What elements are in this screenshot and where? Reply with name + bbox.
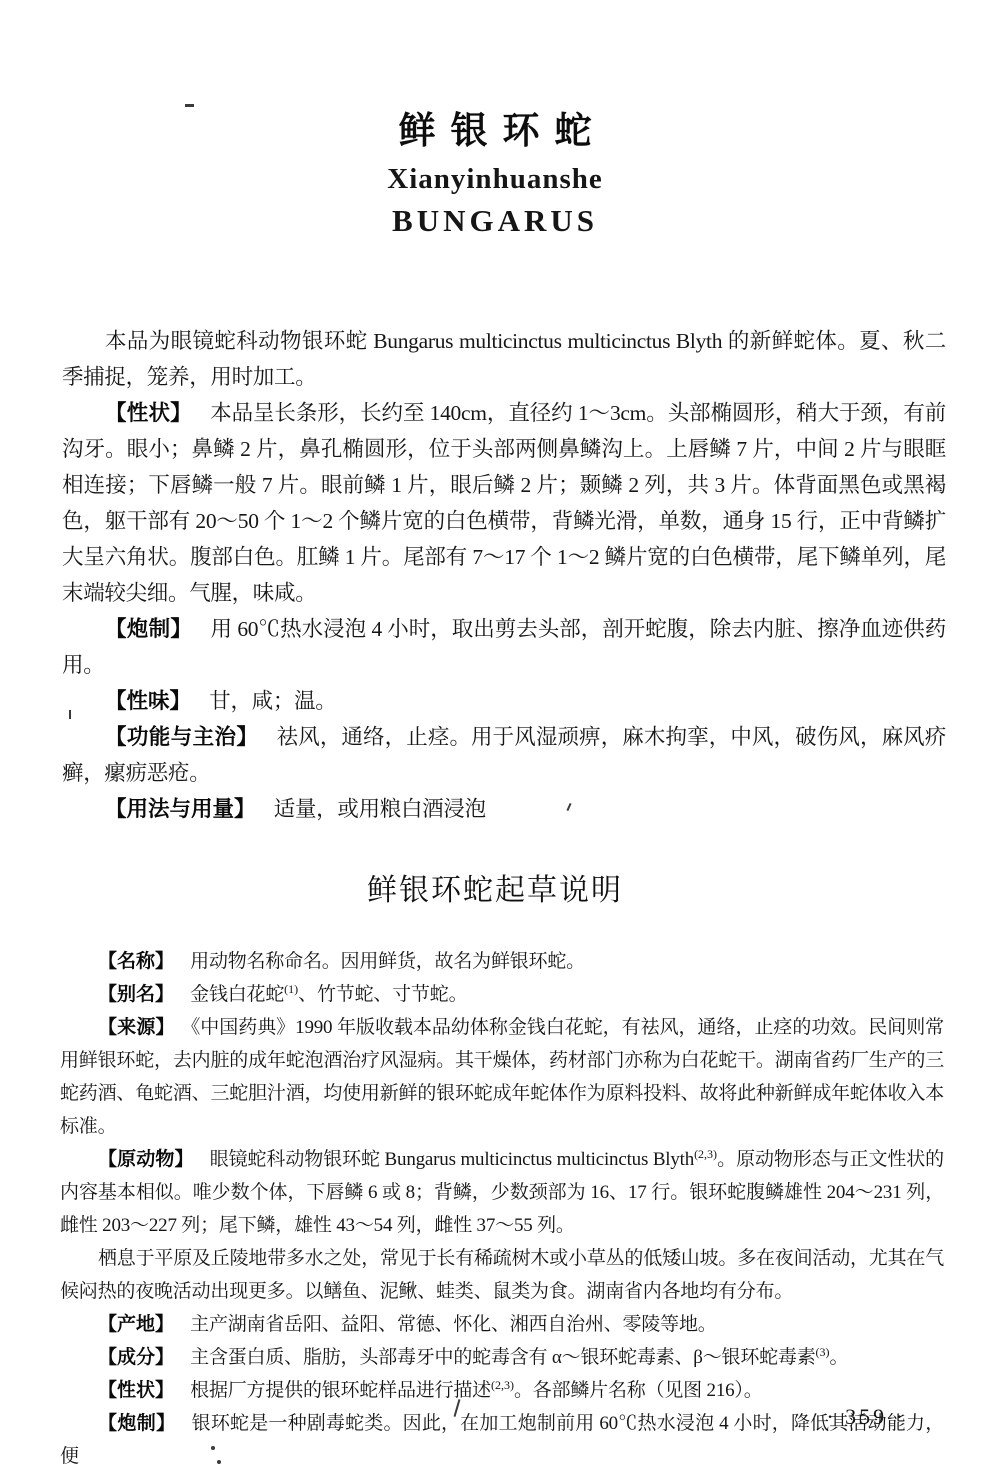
section-label-bieming: 【别名】 [98,984,174,1005]
page-number: · 359 · [826,1404,906,1430]
title-pinyin: Xianyinhuanshe [0,163,990,196]
paragraph-components: 【成分】主含蛋白质、脂肪，头部毒牙中的蛇毒含有 α～银环蛇毒素、β～银环蛇毒素(… [60,1341,944,1374]
paragraph-description: 【性状】本品呈长条形，长约至 140cm，直径约 1～3cm。头部椭圆形，稍大于… [62,395,946,611]
section-label-yongfa: 【用法与用量】 [105,797,256,821]
paragraph-taste: 【性味】甘，咸；温。 [62,683,946,719]
footnote-ref: (2,3) [694,1147,717,1161]
section-text-mingcheng: 用动物名称命名。因用鲜货，故名为鲜银环蛇。 [190,951,585,972]
draft-notes-heading: 鲜银环蛇起草说明 [0,865,990,909]
paragraph-name: 【名称】用动物名称命名。因用鲜货，故名为鲜银环蛇。 [60,945,944,978]
section-label-laiyuan: 【来源】 [98,1017,175,1038]
scan-artifact [69,710,71,719]
paragraph-original-animal: 【原动物】眼镜蛇科动物银环蛇 Bungarus multicinctus mul… [60,1143,944,1242]
section-label-gongneng: 【功能与主治】 [105,725,258,749]
section-label-xingwei: 【性味】 [105,689,191,713]
section-label-paozhi: 【炮制】 [105,617,192,641]
intro-paragraph: 本品为眼镜蛇科动物银环蛇 Bungarus multicinctus multi… [62,323,946,395]
section-label-xingzhuang2: 【性状】 [98,1380,174,1401]
scan-artifact [211,1446,215,1450]
document-page: 鲜银环蛇 Xianyinhuanshe BUNGARUS 本品为眼镜蛇科动物银环… [0,0,990,1482]
paragraph-dosage: 【用法与用量】适量，或用粮白酒浸泡 [62,791,946,827]
section-label-chengfen: 【成分】 [98,1347,174,1368]
section-text-laiyuan: 《中国药典》1990 年版收载本品幼体称金钱白花蛇，有祛风，通络，止痉的功效。民… [60,1017,944,1137]
habitat-text: 栖息于平原及丘陵地带多水之处，常见于长有稀疏树木或小草丛的低矮山坡。多在夜间活动… [60,1248,944,1302]
section-label-chandi: 【产地】 [98,1314,174,1335]
section-text-xingzhuang: 本品呈长条形，长约至 140cm，直径约 1～3cm。头部椭圆形，稍大于颈，有前… [62,401,946,605]
section-label-xingzhuang: 【性状】 [105,401,192,425]
paragraph-source: 【来源】《中国药典》1990 年版收载本品幼体称金钱白花蛇，有祛风，通络，止痉的… [60,1011,944,1143]
monograph-body: 本品为眼镜蛇科动物银环蛇 Bungarus multicinctus multi… [62,323,946,827]
paragraph-processing-notes: 【炮制】银环蛇是一种剧毒蛇类。因此，在加工炮制前用 60℃热水浸泡 4 小时，降… [60,1407,944,1473]
section-text-xingzhuang2-post: 。各部鳞片名称（见图 216）。 [514,1380,763,1401]
section-text-yuandongwu-pre: 眼镜蛇科动物银环蛇 Bungarus multicinctus multicin… [210,1149,694,1170]
section-label-mingcheng: 【名称】 [98,951,174,972]
scan-artifact [185,104,194,107]
footnote-ref: (2,3) [491,1378,514,1392]
section-text-paozhi2: 银环蛇是一种剧毒蛇类。因此，在加工炮制前用 60℃热水浸泡 4 小时，降低其活动… [60,1413,944,1467]
section-text-xingzhuang2-pre: 根据厂方提供的银环蛇样品进行描述 [190,1380,491,1401]
section-text-chandi: 主产湖南省岳阳、益阳、常德、怀化、湘西自治州、零陵等地。 [190,1314,716,1335]
section-text-chengfen-post: 。 [830,1347,849,1368]
paragraph-habitat: 栖息于平原及丘陵地带多水之处，常见于长有稀疏树木或小草丛的低矮山坡。多在夜间活动… [60,1242,944,1308]
paragraph-processing: 【炮制】用 60℃热水浸泡 4 小时，取出剪去头部，剖开蛇腹，除去内脏、擦净血迹… [62,611,946,683]
paragraph-origin: 【产地】主产湖南省岳阳、益阳、常德、怀化、湘西自治州、零陵等地。 [60,1308,944,1341]
paragraph-aliases: 【别名】金钱白花蛇(1)、竹节蛇、寸节蛇。 [60,978,944,1011]
intro-text: 本品为眼镜蛇科动物银环蛇 Bungarus multicinctus multi… [62,329,946,389]
section-text-xingwei: 甘，咸；温。 [209,689,336,713]
section-label-yuandongwu: 【原动物】 [98,1149,194,1170]
section-text-paozhi: 用 60℃热水浸泡 4 小时，取出剪去头部，剖开蛇腹，除去内脏、擦净血迹供药用。 [62,617,946,677]
section-text-bieming-post: 、竹节蛇、寸节蛇。 [298,984,467,1005]
section-label-paozhi2: 【炮制】 [98,1413,176,1434]
footnote-ref: (1) [284,982,298,996]
section-text-bieming-pre: 金钱白花蛇 [190,984,284,1005]
draft-notes-body: 【名称】用动物名称命名。因用鲜货，故名为鲜银环蛇。 【别名】金钱白花蛇(1)、竹… [60,945,944,1473]
title-latin: BUNGARUS [0,203,990,239]
footnote-ref: (3) [816,1345,830,1359]
paragraph-functions: 【功能与主治】祛风，通络，止痉。用于风湿顽痹，麻木拘挛，中风，破伤风，麻风疥癣，… [62,719,946,791]
page-title: 鲜银环蛇 [0,100,990,154]
paragraph-description-notes: 【性状】根据厂方提供的银环蛇样品进行描述(2,3)。各部鳞片名称（见图 216）… [60,1374,944,1407]
section-text-yongfa: 适量，或用粮白酒浸泡 [274,797,486,821]
doc-header: 鲜银环蛇 Xianyinhuanshe BUNGARUS [0,100,990,239]
section-text-chengfen-pre: 主含蛋白质、脂肪，头部毒牙中的蛇毒含有 α～银环蛇毒素、β～银环蛇毒素 [190,1347,815,1368]
scan-artifact [217,1460,221,1464]
